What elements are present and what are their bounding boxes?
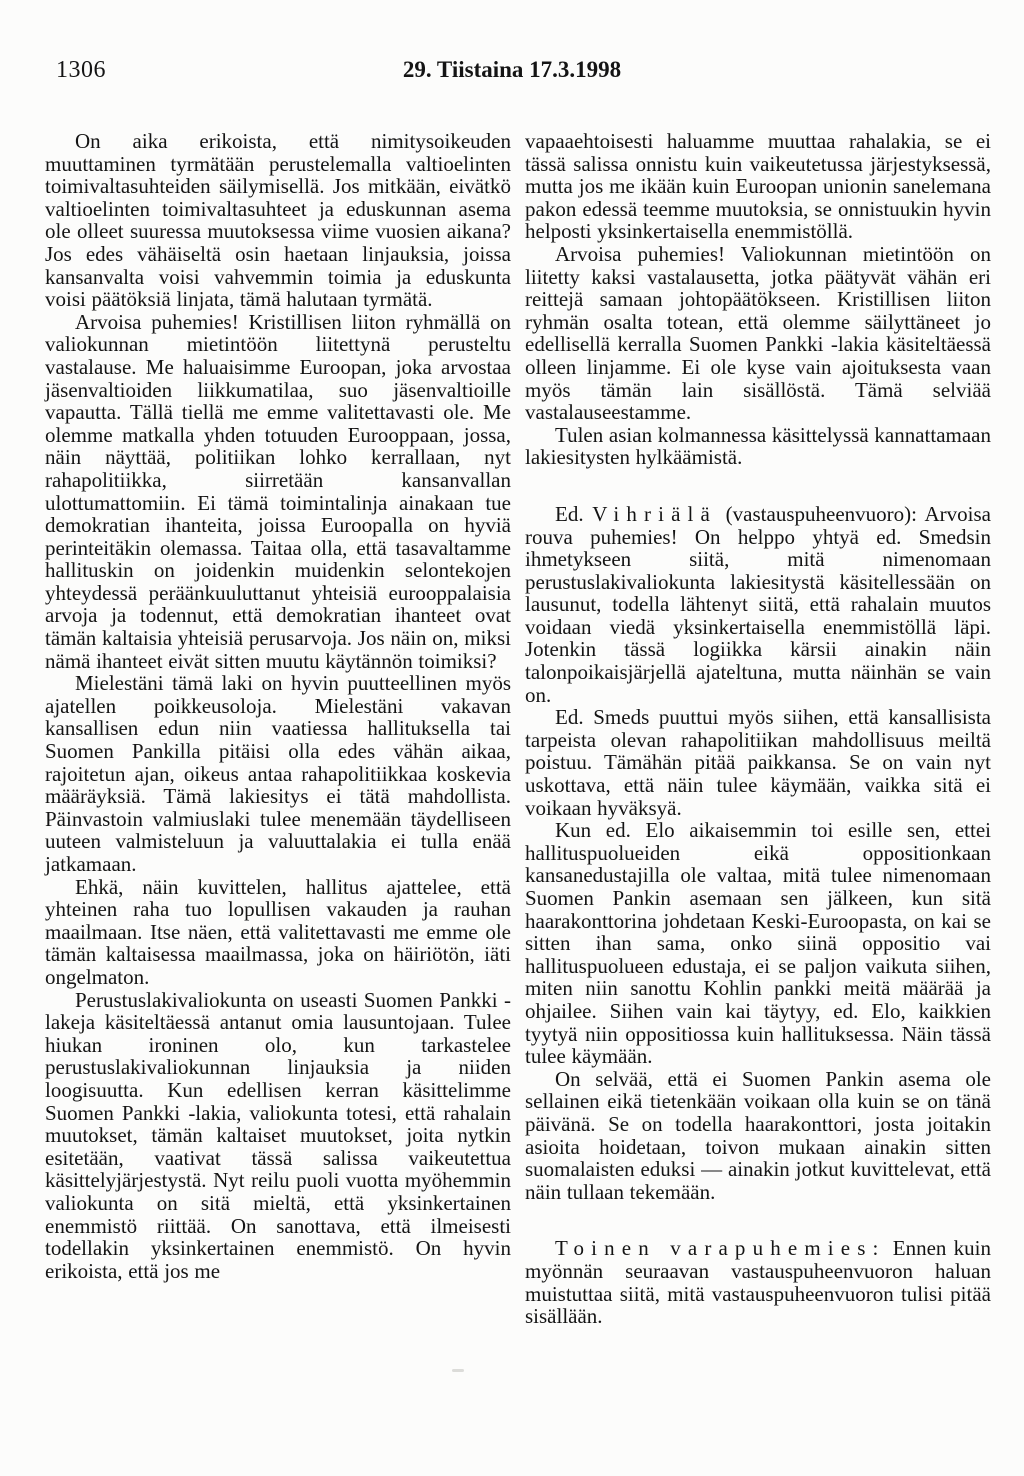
paragraph: Arvoisa puhemies! Valiokunnan mietintöön…: [525, 243, 991, 424]
speaker-name: Vihriälä: [592, 502, 717, 526]
text-segment: Arvoisa puhemies! Kristillisen liiton ry…: [45, 310, 511, 673]
text-columns: On aika erikoista, että nimitysoikeuden …: [0, 96, 1024, 1328]
header-date: 29. Tiistaina 17.3.1998: [0, 56, 1024, 84]
page-header: 1306 29. Tiistaina 17.3.1998: [0, 56, 1024, 96]
paragraph: On selvää, että ei Suomen Pankin asema o…: [525, 1068, 991, 1204]
text-segment: Tulen asian kolmannessa käsittelyssä kan…: [525, 423, 991, 470]
text-segment: On aika erikoista, että nimitysoikeuden …: [45, 129, 511, 311]
text-segment: Arvoisa puhemies! Valiokunnan mietintöön…: [525, 242, 991, 424]
paragraph: Perustuslakivaliokunta on useasti Suomen…: [45, 989, 511, 1283]
scan-artifact: [452, 1369, 464, 1372]
text-segment: Kun ed. Elo aikaisemmin toi esille sen, …: [525, 818, 991, 1068]
text-segment: (vastauspuheenvuoro): Arvoisa rouva puhe…: [525, 502, 991, 707]
paragraph: Arvoisa puhemies! Kristillisen liiton ry…: [45, 311, 511, 673]
text-segment: On selvää, että ei Suomen Pankin asema o…: [525, 1067, 991, 1204]
text-segment: Ehkä, näin kuvittelen, hallitus ajattele…: [45, 875, 511, 989]
text-segment: Mielestäni tämä laki on hyvin puutteelli…: [45, 671, 511, 876]
speech-paragraph: Toinen varapuhemies: Ennen kuin myönnän …: [525, 1237, 991, 1327]
left-column: On aika erikoista, että nimitysoikeuden …: [45, 130, 511, 1328]
paragraph: Kun ed. Elo aikaisemmin toi esille sen, …: [525, 819, 991, 1068]
document-page: 1306 29. Tiistaina 17.3.1998 On aika eri…: [0, 0, 1024, 1476]
text-segment: Ed. Smeds puuttui myös siihen, että kans…: [525, 705, 991, 819]
text-segment: Perustuslakivaliokunta on useasti Suomen…: [45, 988, 511, 1283]
paragraph: Ehkä, näin kuvittelen, hallitus ajattele…: [45, 876, 511, 989]
paragraph: On aika erikoista, että nimitysoikeuden …: [45, 130, 511, 311]
paragraph: Ed. Smeds puuttui myös siihen, että kans…: [525, 706, 991, 819]
text-segment: Ed.: [555, 502, 592, 526]
paragraph: Tulen asian kolmannessa käsittelyssä kan…: [525, 424, 991, 469]
speaker-name: Toinen varapuhemies:: [555, 1236, 886, 1260]
paragraph: vapaaehtoisesti haluamme muuttaa rahalak…: [525, 130, 991, 243]
right-column: vapaaehtoisesti haluamme muuttaa rahalak…: [525, 130, 991, 1328]
paragraph: Mielestäni tämä laki on hyvin puutteelli…: [45, 672, 511, 875]
text-segment: vapaaehtoisesti haluamme muuttaa rahalak…: [525, 129, 991, 243]
speech-paragraph: Ed. Vihriälä (vastauspuheenvuoro): Arvoi…: [525, 503, 991, 706]
